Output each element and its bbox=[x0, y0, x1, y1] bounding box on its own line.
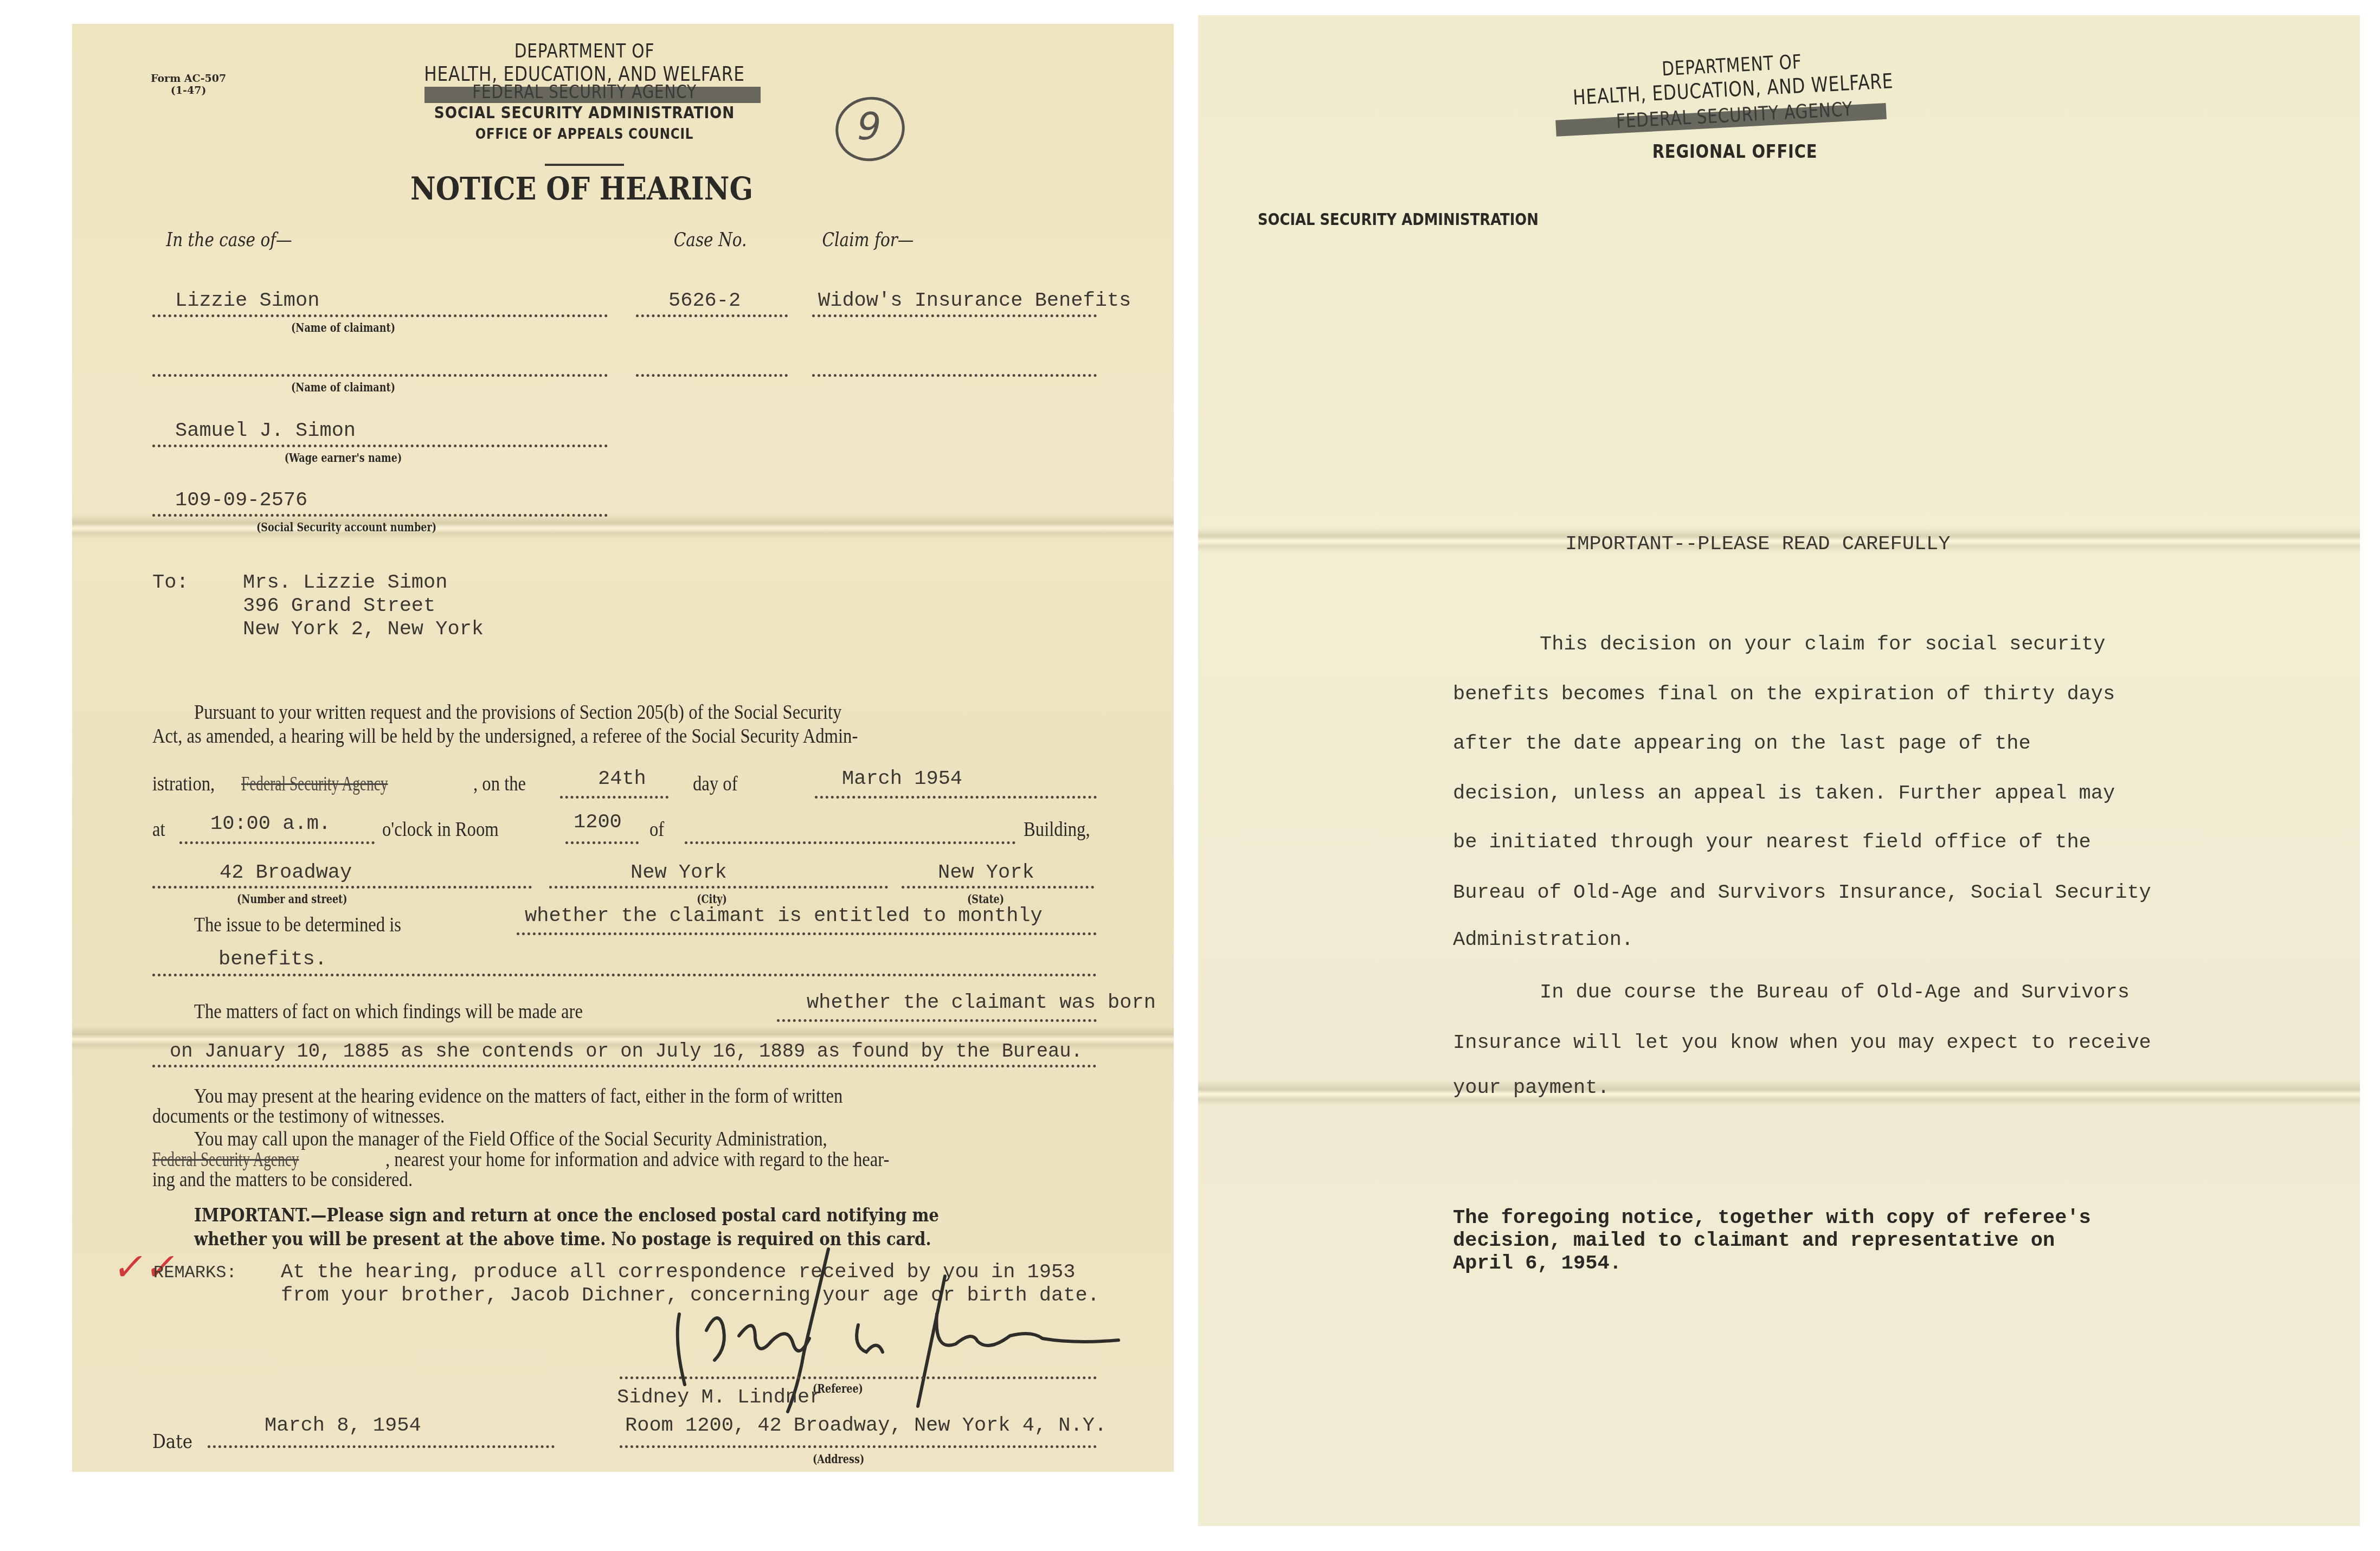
header-rule bbox=[545, 164, 624, 166]
city-value[interactable]: New York bbox=[631, 861, 727, 884]
notice-heading: IMPORTANT--PLEASE READ CAREFULLY bbox=[1565, 533, 1951, 556]
remarks-label: REMARKS: bbox=[153, 1263, 237, 1283]
issue-line-1 bbox=[517, 932, 1097, 935]
agency-name: SOCIAL SECURITY ADMINISTRATION bbox=[1258, 210, 1539, 229]
matters-line-2 bbox=[152, 1065, 1097, 1067]
issue-label: The issue to be determined is bbox=[194, 913, 401, 937]
referee-label: (Referee) bbox=[813, 1382, 860, 1396]
claimant-name-value[interactable]: Lizzie Simon bbox=[175, 289, 319, 312]
date-line bbox=[208, 1445, 555, 1448]
date-value[interactable]: March 8, 1954 bbox=[265, 1414, 421, 1437]
footer-line-3: April 6, 1954. bbox=[1453, 1252, 1622, 1275]
wage-earner-line bbox=[152, 445, 608, 447]
important-notice: IMPORTANT.—Please sign and return at onc… bbox=[194, 1205, 939, 1226]
istration-text: istration, bbox=[152, 772, 215, 796]
state-value[interactable]: New York bbox=[938, 861, 1034, 884]
handwritten-number: 9 bbox=[857, 104, 882, 149]
page-title: NOTICE OF HEARING bbox=[133, 170, 1030, 207]
claimant-name-label: (Name of claimant) bbox=[269, 321, 417, 335]
ssn-label: (Social Security account number) bbox=[256, 520, 430, 535]
stamped-header: DEPARTMENT OF HEALTH, EDUCATION, AND WEL… bbox=[1198, 15, 2360, 222]
recipient-name: Mrs. Lizzie Simon bbox=[243, 571, 447, 594]
claim-type-value[interactable]: Widow's Insurance Benefits bbox=[818, 289, 1131, 312]
to-label: To: bbox=[152, 571, 189, 594]
case-number-value[interactable]: 5626-2 bbox=[668, 289, 741, 312]
para1-line-1: This decision on your claim for social s… bbox=[1540, 633, 2106, 656]
notice-of-hearing-page: Form AC-507 (1-47) DEPARTMENT OF HEALTH,… bbox=[72, 24, 1174, 1472]
para1-line-5: be initiated through your nearest field … bbox=[1453, 831, 2091, 854]
right-header-regional-office: REGIONAL OFFICE bbox=[1574, 141, 1896, 163]
second-claim-line bbox=[812, 374, 1097, 377]
building-line bbox=[685, 841, 1015, 844]
struck-agency-inline: Federal Security Agency bbox=[241, 772, 388, 796]
claimant-name-line bbox=[152, 314, 608, 317]
second-case-line bbox=[636, 374, 788, 377]
address-value[interactable]: Room 1200, 42 Broadway, New York 4, N.Y. bbox=[625, 1414, 1107, 1437]
time-line bbox=[179, 841, 375, 844]
para1-line-6: Bureau of Old-Age and Survivors Insuranc… bbox=[1453, 881, 2151, 904]
important-line-1: —Please sign and return at once the encl… bbox=[311, 1205, 939, 1226]
month-year-line bbox=[815, 796, 1097, 799]
address-line bbox=[620, 1445, 1097, 1448]
room-line bbox=[565, 841, 639, 844]
address-label: (Address) bbox=[813, 1452, 860, 1466]
date-label: Date bbox=[152, 1431, 192, 1453]
at-text: at bbox=[152, 818, 165, 841]
paragraph-1-line-2: Act, as amended, a hearing will be held … bbox=[152, 724, 858, 748]
city-line bbox=[549, 886, 888, 889]
second-claimant-line bbox=[152, 374, 608, 377]
hearing-time-value[interactable]: 10:00 a.m. bbox=[210, 813, 331, 835]
para2-line-2: Insurance will let you know when you may… bbox=[1453, 1032, 2151, 1054]
second-claimant-label: (Name of claimant) bbox=[269, 381, 417, 395]
day-of-text: day of bbox=[693, 772, 738, 796]
ssn-line bbox=[152, 514, 608, 517]
para1-line-3: after the date appearing on the last pag… bbox=[1453, 732, 2031, 755]
day-line bbox=[560, 796, 668, 799]
wage-earner-value[interactable]: Samuel J. Simon bbox=[175, 420, 356, 442]
important-label: IMPORTANT. bbox=[194, 1205, 311, 1226]
hearing-month-year-value[interactable]: March 1954 bbox=[842, 768, 962, 790]
referee-name: Sidney M. Lindner bbox=[617, 1386, 821, 1409]
fold-crease bbox=[72, 514, 1174, 539]
issue-line-1-value[interactable]: whether the claimant is entitled to mont… bbox=[525, 905, 1043, 928]
hearing-day-value[interactable]: 24th bbox=[598, 768, 646, 790]
header-department: DEPARTMENT OF bbox=[164, 40, 1005, 62]
claim-type-line bbox=[812, 314, 1097, 317]
state-line bbox=[902, 886, 1094, 889]
matters-line-2-value[interactable]: on January 10, 1885 as she contends or o… bbox=[170, 1040, 1083, 1063]
case-number-line bbox=[636, 314, 788, 317]
issue-line-2-value[interactable]: benefits. bbox=[218, 948, 327, 971]
claim-for-label: Claim for— bbox=[822, 229, 914, 251]
matters-line-1 bbox=[777, 1019, 1097, 1022]
street-line bbox=[152, 886, 532, 889]
signature-line bbox=[620, 1376, 1097, 1379]
important-notice-page: DEPARTMENT OF HEALTH, EDUCATION, AND WEL… bbox=[1198, 15, 2360, 1526]
wage-earner-label: (Wage earner's name) bbox=[269, 451, 417, 465]
in-case-of-label: In the case of— bbox=[166, 229, 292, 251]
issue-line-2 bbox=[152, 974, 1097, 976]
building-text: Building, bbox=[1024, 818, 1090, 841]
on-the-text: , on the bbox=[473, 772, 526, 796]
fold-crease bbox=[1198, 1080, 2360, 1105]
para1-line-2: benefits becomes final on the expiration… bbox=[1453, 683, 2115, 706]
recipient-street: 396 Grand Street bbox=[243, 595, 435, 617]
call-line-2: , nearest your home for information and … bbox=[385, 1148, 889, 1172]
para2-line-1: In due course the Bureau of Old-Age and … bbox=[1540, 981, 2130, 1004]
case-no-label: Case No. bbox=[674, 229, 747, 251]
matters-line-1-value[interactable]: whether the claimant was born bbox=[807, 992, 1156, 1014]
ssn-value[interactable]: 109-09-2576 bbox=[175, 489, 307, 512]
room-number-value[interactable]: 1200 bbox=[574, 811, 622, 834]
para1-line-7: Administration. bbox=[1453, 929, 1633, 951]
call-line-3: ing and the matters to be considered. bbox=[152, 1168, 413, 1192]
recipient-city: New York 2, New York bbox=[243, 618, 484, 641]
street-label: (Number and street) bbox=[237, 892, 341, 906]
paragraph-1-line-1: Pursuant to your written request and the… bbox=[194, 700, 841, 724]
para2-line-3: your payment. bbox=[1453, 1077, 1610, 1099]
street-value[interactable]: 42 Broadway bbox=[220, 861, 352, 884]
footer-line-1: The foregoing notice, together with copy… bbox=[1453, 1207, 2091, 1230]
matters-label: The matters of fact on which findings wi… bbox=[194, 1000, 583, 1024]
of-text: of bbox=[649, 818, 664, 841]
oclock-room-text: o'clock in Room bbox=[382, 818, 499, 841]
para1-line-4: decision, unless an appeal is taken. Fur… bbox=[1453, 782, 2115, 805]
footer-line-2: decision, mailed to claimant and represe… bbox=[1453, 1230, 2055, 1252]
evidence-line-2: documents or the testimony of witnesses. bbox=[152, 1104, 445, 1128]
